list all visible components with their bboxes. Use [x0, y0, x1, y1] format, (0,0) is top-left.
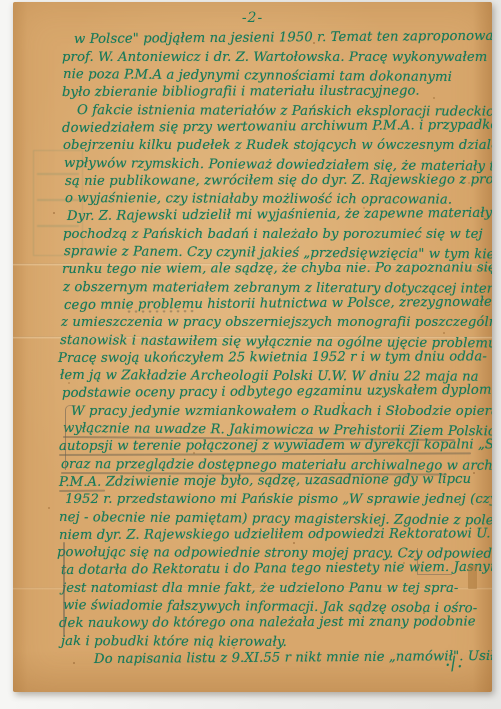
- handwritten-line: z obszernym materiałem zebranym z litera…: [63, 280, 492, 297]
- handwritten-line: podstawie oceny pracy i odbytego egzamin…: [62, 383, 492, 401]
- handwritten-line: cego mnie problemu historii hutnictwa w …: [64, 294, 492, 312]
- handwritten-line: jest natomiast dla mnie fakt, że udzielo…: [62, 581, 458, 596]
- pencil-underline: [126, 309, 196, 314]
- handwritten-line: W pracy jedynie wzmiankowałem o Rudkach …: [71, 404, 492, 419]
- handwritten-line: Dyr. Z. Rajewski udzielił mi wyjaśnienia…: [67, 206, 492, 224]
- handwritten-line: o wyjaśnienie, czy istniałaby możliwość …: [65, 191, 452, 207]
- handwritten-line: są nie publikowane, zwróciłem się do dyr…: [65, 172, 492, 189]
- handwritten-line: dowiedziałem się przy wertowaniu archiwu…: [62, 117, 492, 136]
- document-page: było zbieranie bibliografii i materiału …: [13, 2, 492, 692]
- handwritten-line: O fakcie istnienia materiałów z Pańskich…: [77, 103, 492, 120]
- handwritten-line: ta dotarła do Rektoratu i do Pana tego n…: [61, 560, 492, 578]
- paper-speckles: [13, 2, 15, 4]
- handwritten-line: z umieszczenia w pracy obszerniejszych m…: [61, 315, 492, 330]
- handwritten-line: obejrzeniu kilku pudełek z Rudek stojący…: [63, 138, 492, 153]
- handwritten-line: Pracę swoją ukończyłem 25 kwietnia 1952 …: [58, 349, 487, 366]
- handwritten-line: stanowisk i nastawiłem się wyłącznie na …: [60, 333, 492, 351]
- handwritten-line: runku tego nie wiem, ale sądzę, że chyba…: [62, 260, 492, 277]
- handwritten-line: 1952 r. przedstawiono mi Pańskie pismo „…: [65, 492, 492, 507]
- pencil-underline: [59, 453, 471, 457]
- handwriting-block: w Polsce" podjąłem na jesieni 1950 r. Te…: [13, 32, 492, 682]
- handwritten-line: niem dyr. Z. Rajewskiego udzieliłem odpo…: [59, 526, 492, 543]
- handwritten-line: w Polsce" podjąłem na jesieni 1950 r. Te…: [74, 29, 492, 47]
- handwritten-line: oraz na przeglądzie dostępnego materiału…: [61, 457, 492, 474]
- handwritten-line: nie poza P.M.A a jedynymi czynnościami t…: [63, 67, 452, 85]
- scanned-letter-screenshot: { "document": { "kind": "handwritten let…: [0, 0, 501, 709]
- page-number: -2-: [13, 10, 492, 26]
- handwritten-line: prof. W. Antoniewicz i dr. Z. Wartołowsk…: [62, 50, 492, 65]
- handwritten-line: pochodzą z Pańskich badań i należało by …: [63, 227, 483, 242]
- handwritten-line: Do napisania listu z 9.XI.55 r nikt mnie…: [94, 648, 492, 666]
- handwritten-line: było zbieranie bibliografii i materiału …: [62, 84, 420, 100]
- handwritten-line: P.M.A. Zdziwienie moje było, sądzę, uzas…: [59, 471, 471, 489]
- handwritten-line: dek naukowy do którego ona należała jest…: [59, 614, 476, 631]
- handwritten-line: autopsji w terenie połączonej z wywiadem…: [59, 437, 492, 454]
- pencil-underline: [59, 489, 105, 491]
- handwritten-line: wpływów rzymskich. Ponieważ dowiedziałem…: [64, 156, 492, 174]
- handwritten-line: jak i pobudki które nią kierowały.: [61, 634, 287, 650]
